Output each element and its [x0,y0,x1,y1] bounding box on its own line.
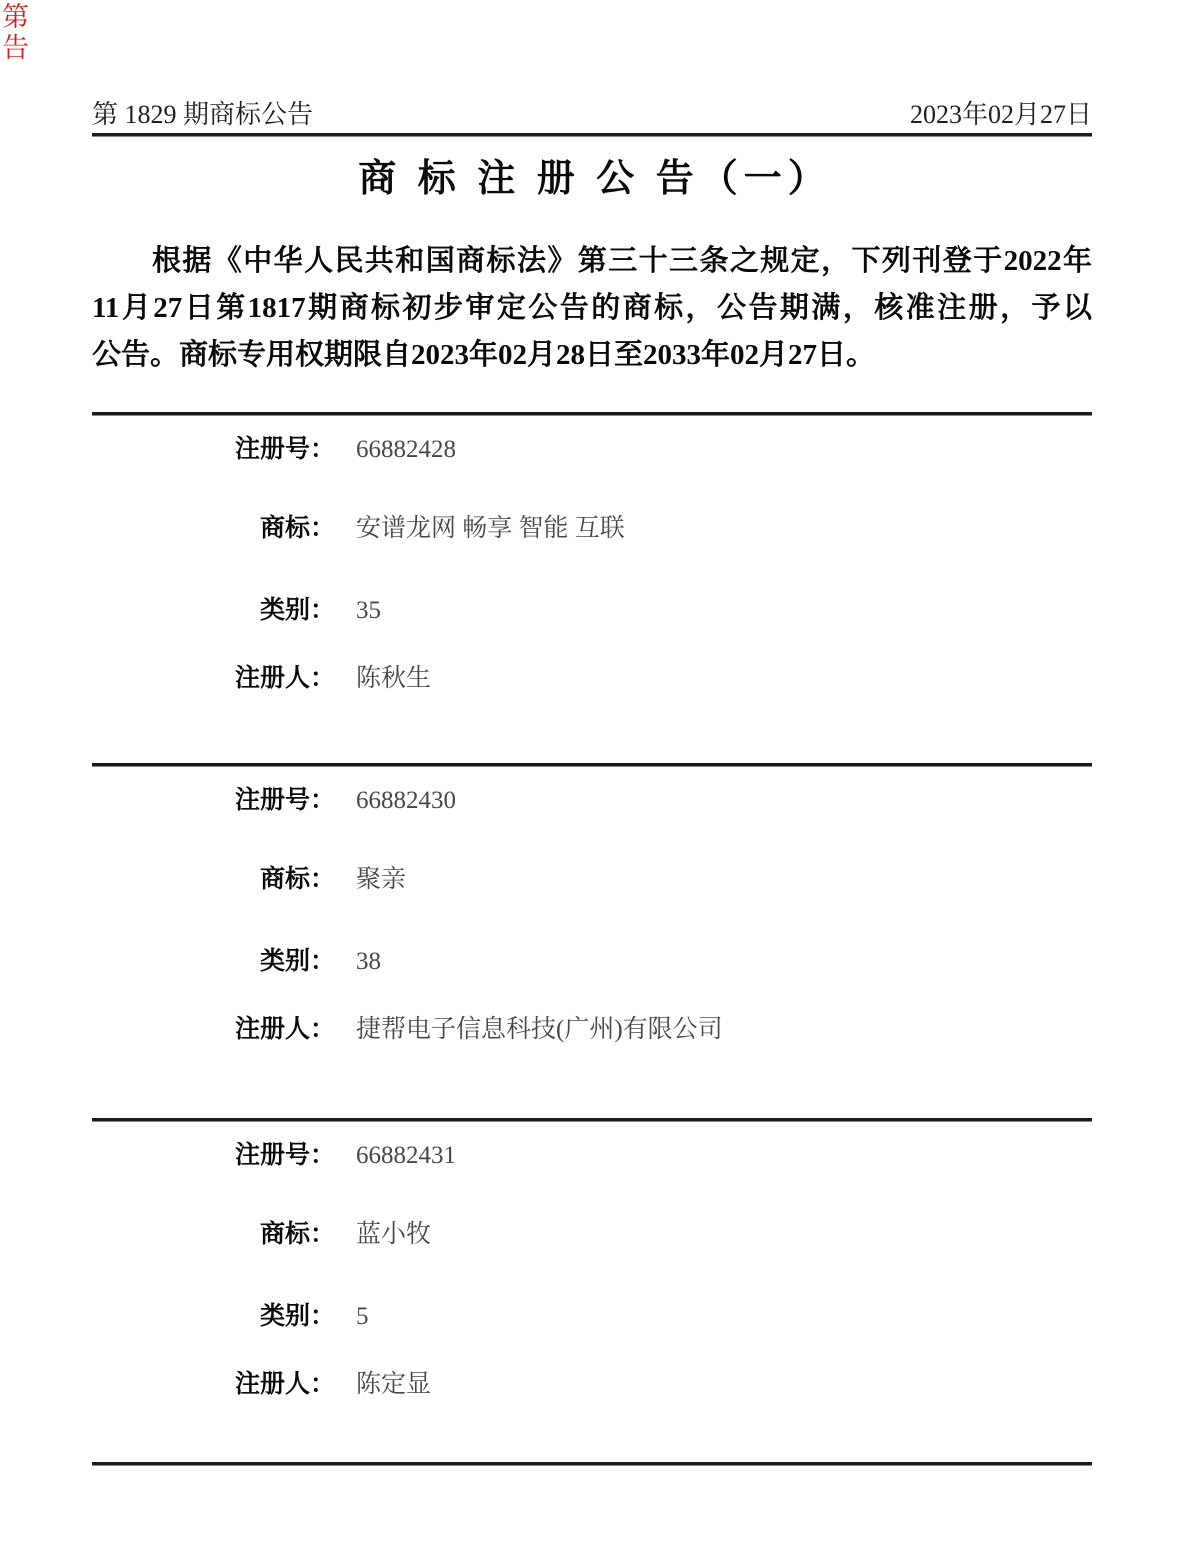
trademark-record: 注册号： 66882431 商标： 蓝小牧 类别： 5 注册人： 陈定显 [0,1118,1190,1418]
trademark-label: 商标： [92,864,335,896]
class-label: 类别： [92,946,335,978]
record-divider [92,763,1092,766]
reg-no-label: 注册号： [92,785,335,817]
field-trademark: 商标： 安谱龙网 畅享 智能 互联 [0,513,1190,547]
record-divider [92,1118,1092,1121]
registrant-value: 陈秋生 [356,663,1056,695]
intro-line: 根据《中华人民共和国商标法》第三十三条之规定，下列刊登于2022年 [92,238,1092,285]
intro-line: 11月27日第1817期商标初步审定公告的商标，公告期满，核准注册，予以 [92,285,1092,332]
field-reg-no: 注册号： 66882428 [0,434,1190,468]
field-trademark: 商标： 蓝小牧 [0,1219,1190,1253]
reg-no-label: 注册号： [92,1140,335,1172]
record-divider [92,412,1092,415]
field-registrant: 注册人： 捷帮电子信息科技(广州)有限公司 [0,1014,1190,1048]
bottom-divider [92,1462,1092,1465]
reg-no-value: 66882431 [356,1140,1056,1172]
class-value: 5 [356,1301,1056,1333]
reg-no-value: 66882430 [356,785,1056,817]
class-label: 类别： [92,595,335,627]
publication-date: 2023年02月27日 [910,94,1092,131]
field-registrant: 注册人： 陈秋生 [0,663,1190,697]
intro-paragraph: 根据《中华人民共和国商标法》第三十三条之规定，下列刊登于2022年 11月27日… [92,238,1092,379]
field-class: 类别： 38 [0,946,1190,980]
registrant-label: 注册人： [92,663,335,695]
trademark-value: 蓝小牧 [356,1219,1056,1251]
page-title: 商 标 注 册 公 告（一） [0,147,1190,202]
red-edge-glyph: 第 [2,2,54,33]
class-value: 38 [356,946,1056,978]
field-trademark: 商标： 聚亲 [0,864,1190,898]
field-registrant: 注册人： 陈定显 [0,1369,1190,1403]
field-reg-no: 注册号： 66882431 [0,1140,1190,1174]
class-value: 35 [356,595,1056,627]
class-label: 类别： [92,1301,335,1333]
red-edge-glyph: 告 [2,33,54,64]
field-class: 类别： 35 [0,595,1190,629]
trademark-label: 商标： [92,513,335,545]
reg-no-value: 66882428 [356,434,1056,466]
header-divider [92,133,1092,136]
registrant-label: 注册人： [92,1369,335,1401]
field-class: 类别： 5 [0,1301,1190,1335]
trademark-value: 聚亲 [356,864,1056,896]
trademark-label: 商标： [92,1219,335,1251]
reg-no-label: 注册号： [92,434,335,466]
registrant-label: 注册人： [92,1014,335,1046]
issue-number: 第 1829 期商标公告 [92,94,313,131]
trademark-record: 注册号： 66882430 商标： 聚亲 类别： 38 注册人： 捷帮电子信息科… [0,763,1190,1063]
field-reg-no: 注册号： 66882430 [0,785,1190,819]
gazette-page: 第 告 第 1829 期商标公告 2023年02月27日 商 标 注 册 公 告… [0,0,1190,1564]
trademark-value: 安谱龙网 畅享 智能 互联 [356,513,1056,545]
registrant-value: 捷帮电子信息科技(广州)有限公司 [356,1014,1056,1046]
registrant-value: 陈定显 [356,1369,1056,1401]
page-header: 第 1829 期商标公告 2023年02月27日 [92,94,1092,131]
red-edge-marks: 第 告 [0,2,54,64]
trademark-record: 注册号： 66882428 商标： 安谱龙网 畅享 智能 互联 类别： 35 注… [0,412,1190,712]
intro-line: 公告。商标专用权期限自2023年02月28日至2033年02月27日。 [92,332,1092,379]
